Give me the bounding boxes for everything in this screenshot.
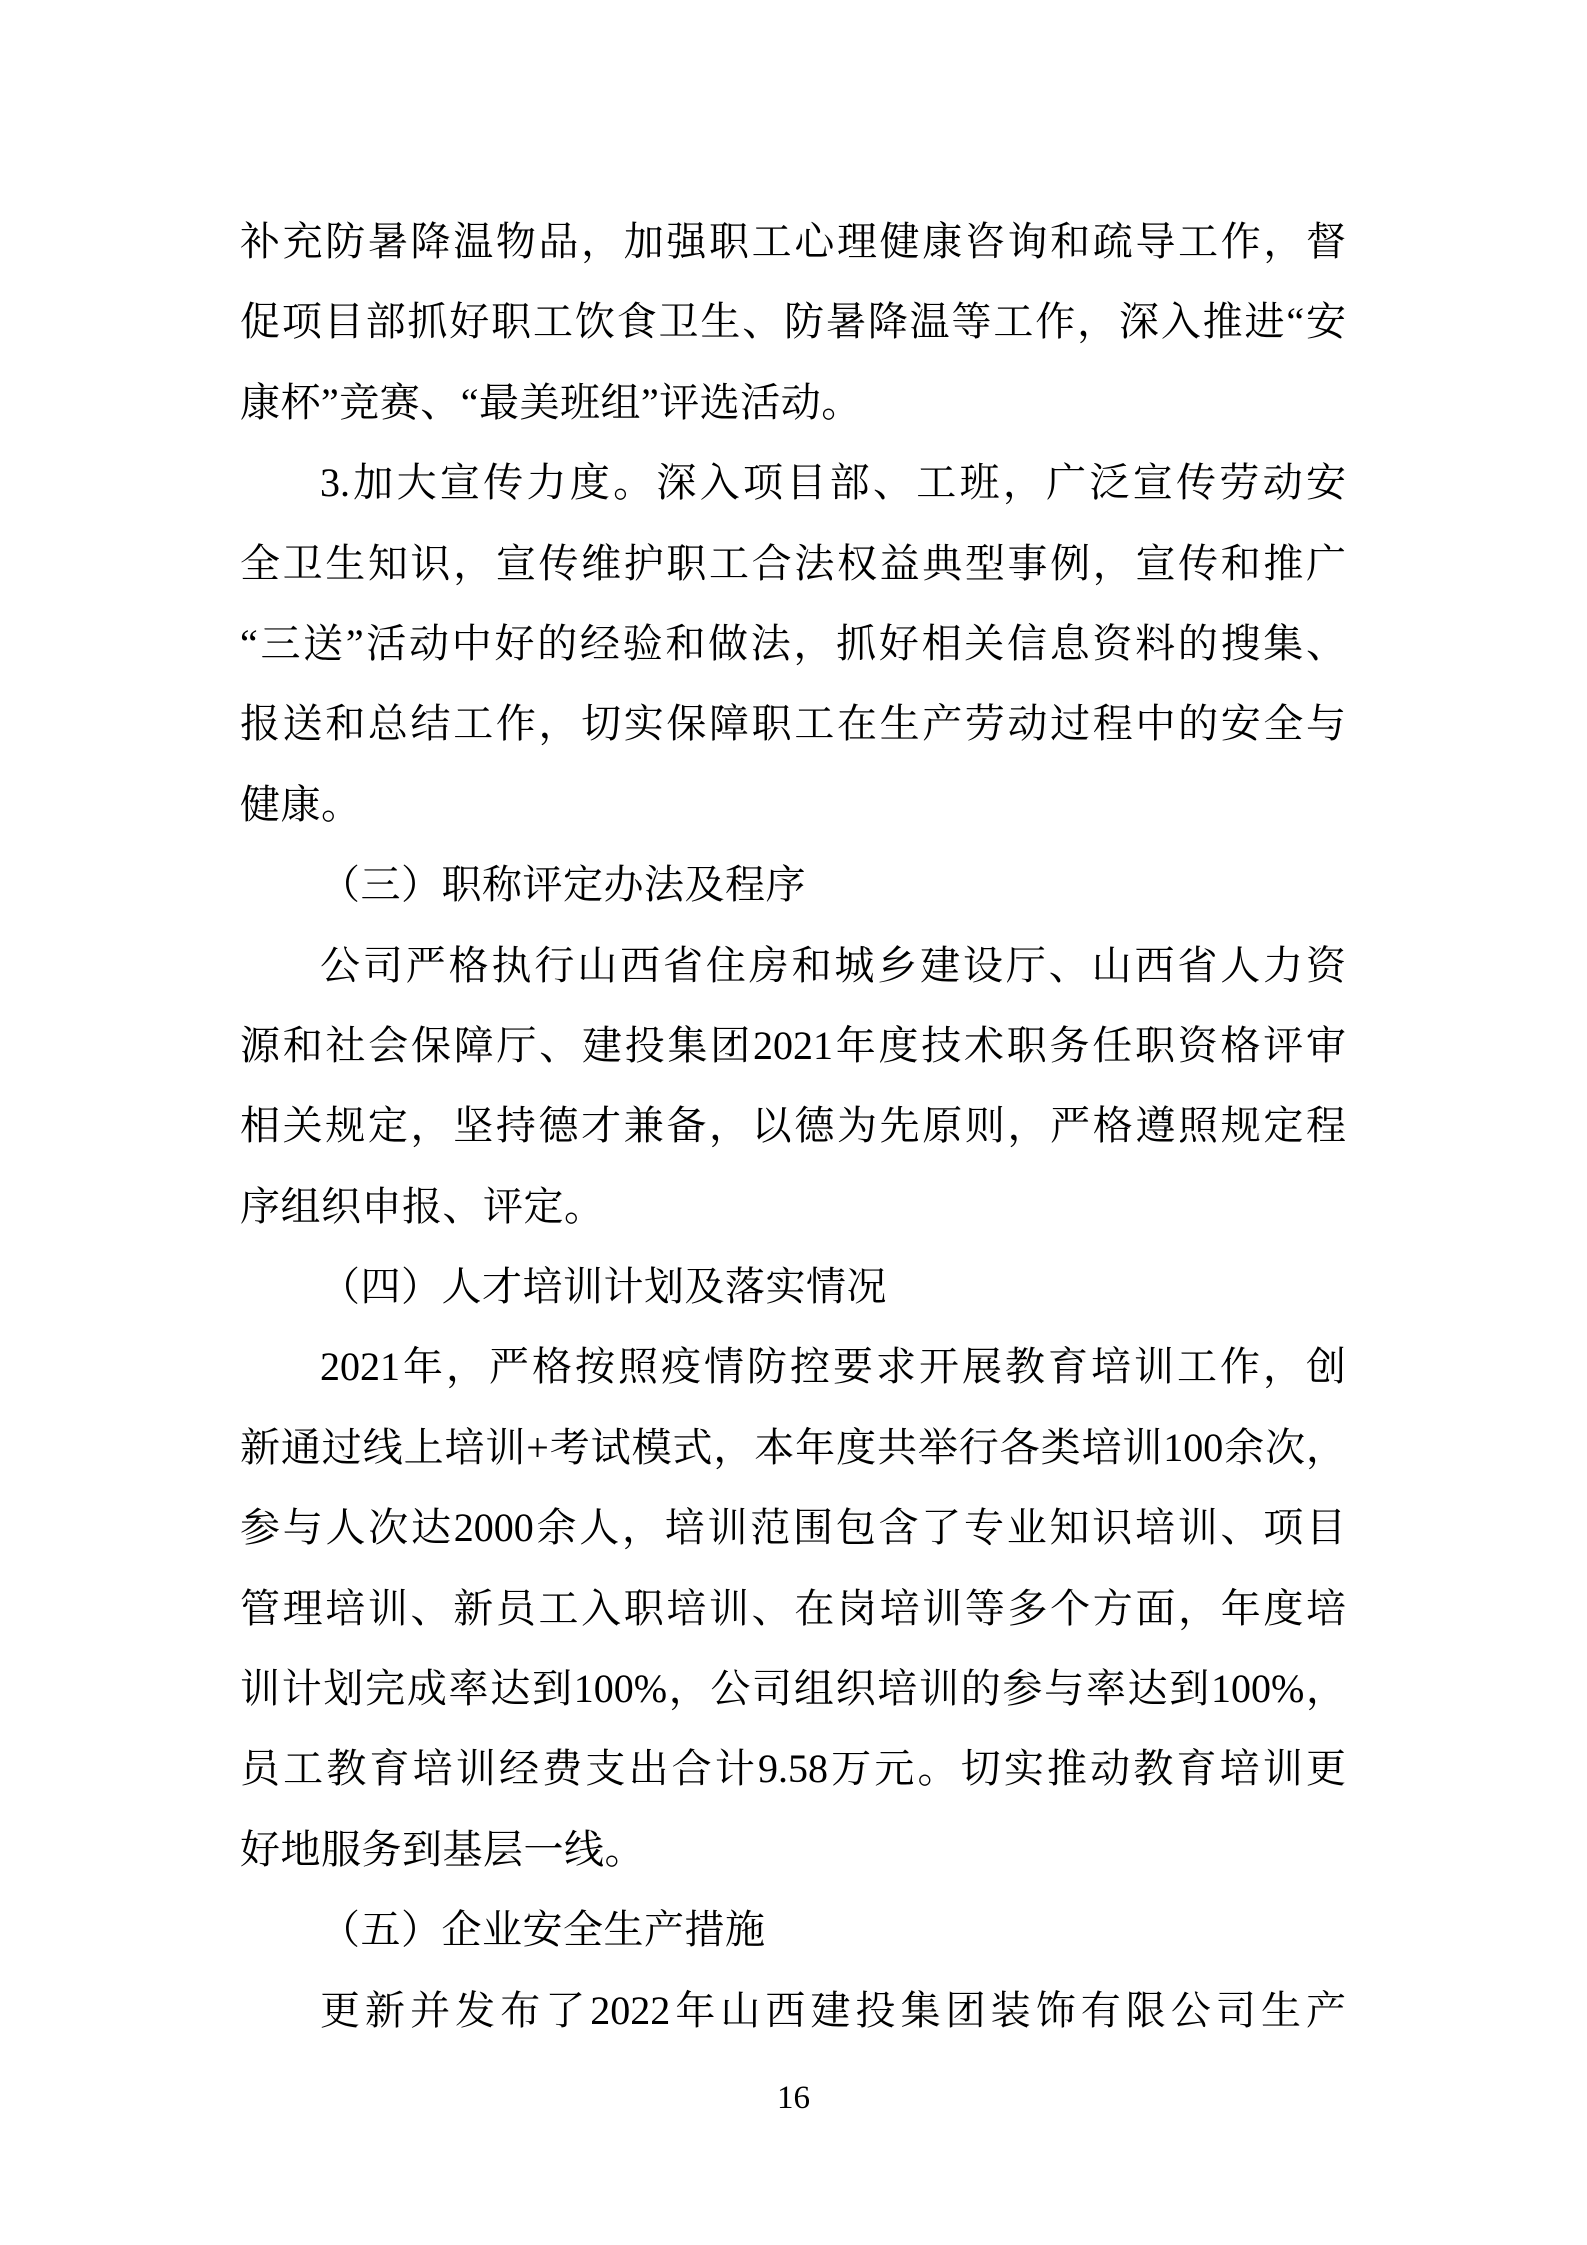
paragraph-line: 更新并发布了2022年山西建投集团装饰有限公司生产 bbox=[240, 1971, 1346, 2051]
paragraph-line: 2021年，严格按照疫情防控要求开展教育培训工作，创 bbox=[240, 1327, 1346, 1407]
document-page: 补充防暑降温物品，加强职工心理健康咨询和疏导工作，督 促项目部抓好职工饮食卫生、… bbox=[0, 0, 1587, 2245]
paragraph-line: 好地服务到基层一线。 bbox=[240, 1810, 1346, 1890]
paragraph-line: 促项目部抓好职工饮食卫生、防暑降温等工作，深入推进“安 bbox=[240, 282, 1346, 362]
paragraph-line: 源和社会保障厅、建投集团2021年度技术职务任职资格评审 bbox=[240, 1006, 1346, 1086]
page-number: 16 bbox=[0, 2076, 1587, 2120]
paragraph-line: 参与人次达2000余人，培训范围包含了专业知识培训、项目 bbox=[240, 1488, 1346, 1568]
paragraph-line: 相关规定，坚持德才兼备，以德为先原则，严格遵照规定程 bbox=[240, 1086, 1346, 1166]
paragraph-line: 3.加大宣传力度。深入项目部、工班，广泛宣传劳动安 bbox=[240, 443, 1346, 523]
paragraph-line: 报送和总结工作，切实保障职工在生产劳动过程中的安全与 bbox=[240, 684, 1346, 764]
paragraph-line: 员工教育培训经费支出合计9.58万元。切实推动教育培训更 bbox=[240, 1729, 1346, 1809]
section-heading: （五）企业安全生产措施 bbox=[240, 1890, 1346, 1970]
paragraph-line: 全卫生知识，宣传维护职工合法权益典型事例，宣传和推广 bbox=[240, 524, 1346, 604]
paragraph-line: 新通过线上培训+考试模式，本年度共举行各类培训100余次， bbox=[240, 1408, 1346, 1488]
paragraph-line: 健康。 bbox=[240, 765, 1346, 845]
paragraph-line: 公司严格执行山西省住房和城乡建设厅、山西省人力资 bbox=[240, 926, 1346, 1006]
paragraph-line: 训计划完成率达到100%，公司组织培训的参与率达到100%， bbox=[240, 1649, 1346, 1729]
paragraph-line: 康杯”竞赛、“最美班组”评选活动。 bbox=[240, 363, 1346, 443]
paragraph-line: “三送”活动中好的经验和做法，抓好相关信息资料的搜集、 bbox=[240, 604, 1346, 684]
paragraph-line: 管理培训、新员工入职培训、在岗培训等多个方面，年度培 bbox=[240, 1569, 1346, 1649]
page-body: 补充防暑降温物品，加强职工心理健康咨询和疏导工作，督 促项目部抓好职工饮食卫生、… bbox=[240, 202, 1346, 2051]
section-heading: （三）职称评定办法及程序 bbox=[240, 845, 1346, 925]
paragraph-line: 序组织申报、评定。 bbox=[240, 1167, 1346, 1247]
paragraph-line: 补充防暑降温物品，加强职工心理健康咨询和疏导工作，督 bbox=[240, 202, 1346, 282]
section-heading: （四）人才培训计划及落实情况 bbox=[240, 1247, 1346, 1327]
